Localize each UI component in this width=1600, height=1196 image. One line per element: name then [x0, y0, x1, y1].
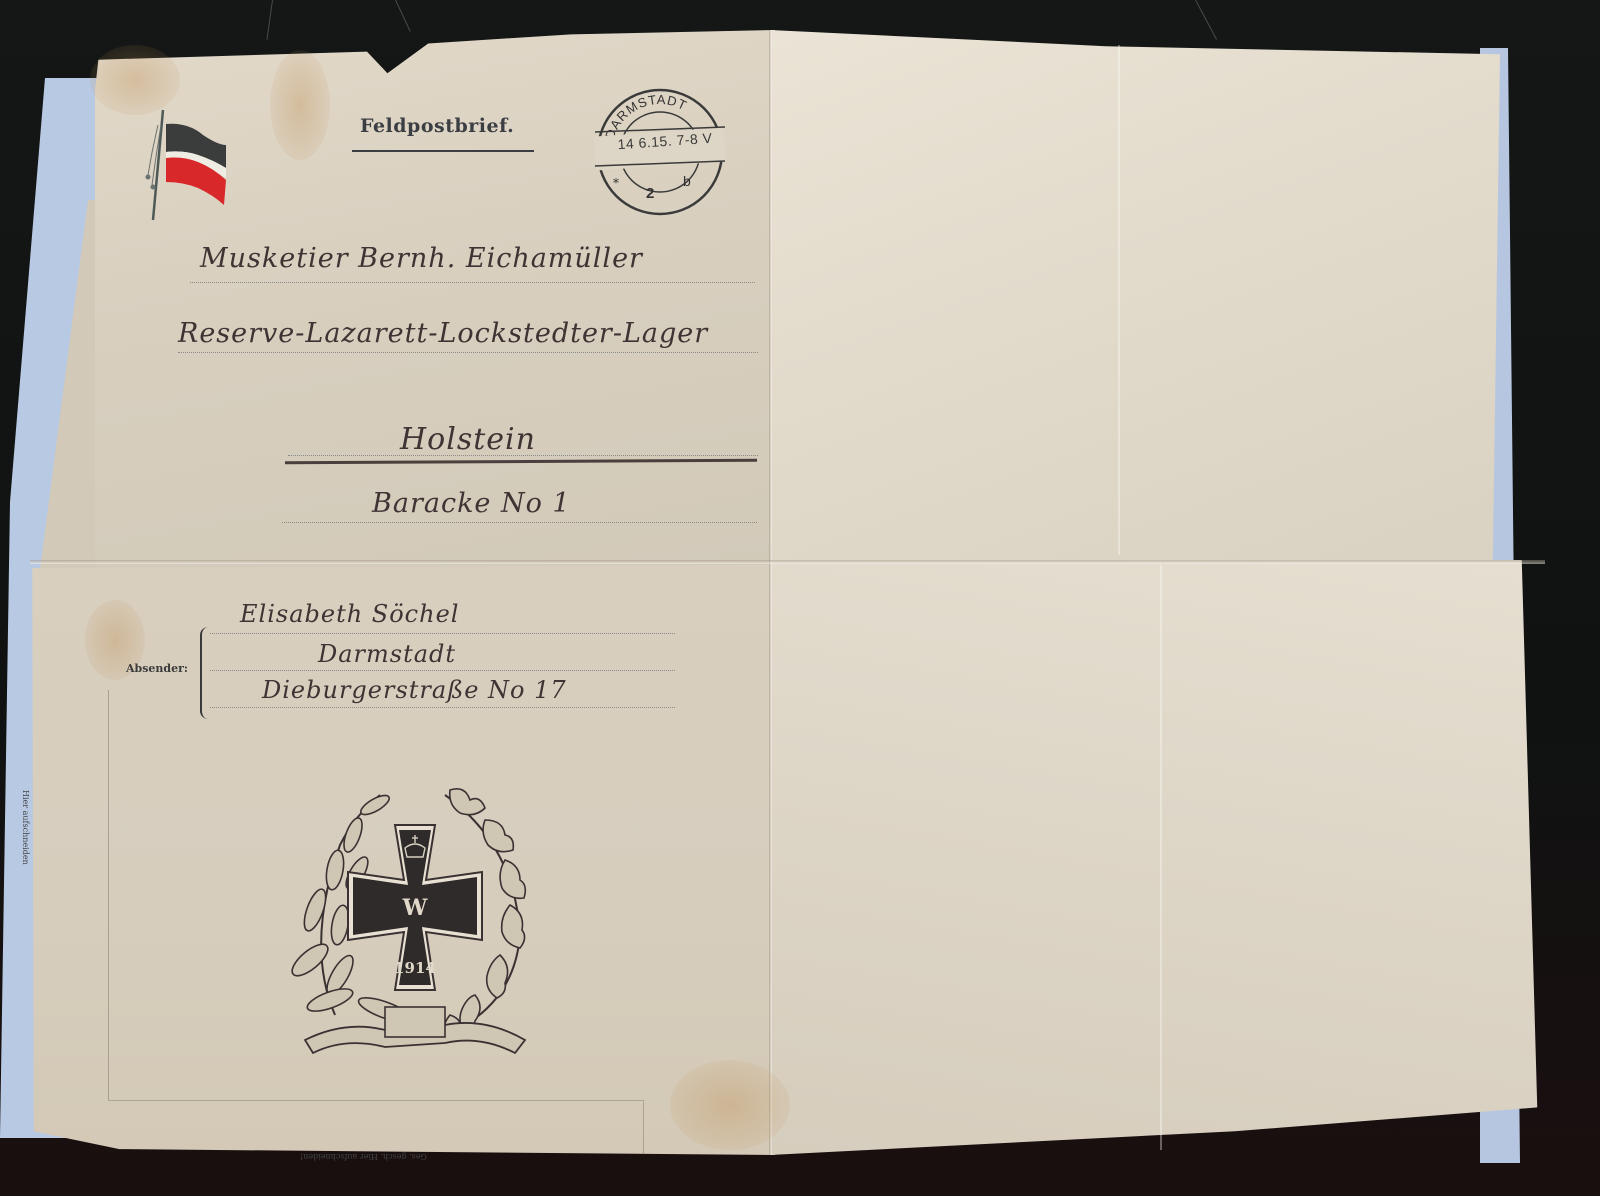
postmark-star: *: [613, 176, 619, 190]
sender-dotted-line: [210, 633, 675, 634]
side-cut-instruction: Hier aufschneiden: [21, 790, 30, 865]
sender-dotted-line: [210, 670, 675, 671]
sender-brace: [200, 627, 214, 719]
recipient-line-2: Reserve-Lazarett-Lockstedter-Lager: [178, 318, 708, 349]
cut-guide-line: [108, 690, 109, 1100]
paper-crease: [1118, 45, 1120, 555]
cut-guide-line: [108, 1100, 643, 1101]
title-underline: [352, 150, 534, 152]
letter-panel-top-right: [770, 30, 1500, 570]
age-stain: [270, 50, 330, 160]
postmark-office-number: 2: [646, 185, 654, 202]
cut-guide-line: [643, 1100, 644, 1155]
emblem-letter: W: [402, 895, 428, 921]
feldpostbrief-title: Feldpostbrief.: [360, 115, 514, 137]
letter-panel-bottom-right: [770, 560, 1545, 1155]
address-dotted-line: [288, 455, 758, 456]
vertical-fold: [769, 30, 772, 1155]
sender-label: Absender:: [126, 662, 188, 675]
imperial-flag-icon: [128, 100, 228, 225]
horizontal-fold: [30, 560, 1545, 564]
emblem-year: 1914: [394, 959, 436, 977]
address-dotted-line: [190, 282, 755, 283]
recipient-line-1: Musketier Bernh. Eichamüller: [200, 243, 643, 274]
age-stain: [670, 1060, 790, 1150]
paper-crease: [1160, 565, 1162, 1150]
recipient-line-3: Holstein: [400, 422, 536, 457]
sender-line-1: Elisabeth Söchel: [240, 600, 459, 628]
sender-line-3: Dieburgerstraße No 17: [262, 676, 567, 704]
address-dotted-line: [178, 352, 758, 353]
iron-cross-wreath-icon: W 1914: [285, 785, 545, 1060]
bottom-cut-instruction: Ges. gesch. Hier aufschneiden!: [300, 1152, 427, 1161]
address-dotted-line: [282, 522, 757, 523]
sender-line-2: Darmstadt: [318, 640, 456, 668]
postmark-suffix: b: [683, 173, 691, 189]
recipient-line-4: Baracke No 1: [372, 488, 571, 519]
sender-dotted-line: [210, 707, 675, 708]
